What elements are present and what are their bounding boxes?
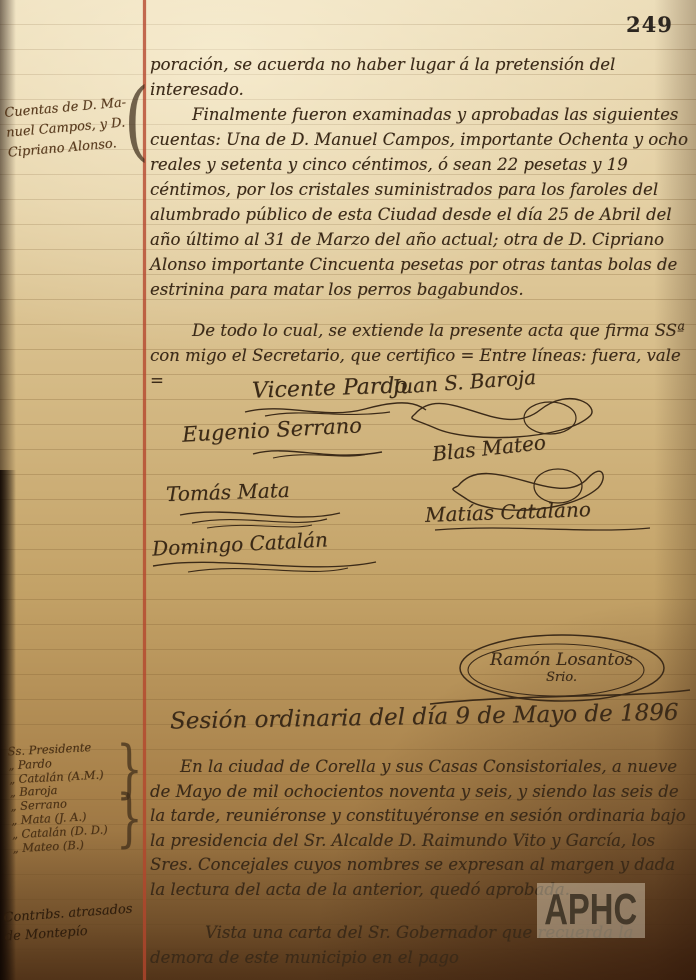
signature-flourish bbox=[248, 444, 388, 464]
signature-matias-catalano: Matías Catalano bbox=[425, 497, 592, 527]
archive-watermark: APHC bbox=[537, 883, 645, 938]
signature-tomas-mata: Tomás Mata bbox=[166, 478, 290, 506]
manuscript-page: 249 Cuentas de D. Ma- nuel Campos, y D. … bbox=[0, 0, 696, 980]
margin-note-arrears: Contribs. atrasados de Montepío bbox=[3, 897, 165, 946]
paragraph-session-opening: En la ciudad de Corella y sus Casas Cons… bbox=[150, 755, 690, 902]
session-heading: Sesión ordinaria del día 9 de Mayo de 18… bbox=[152, 699, 696, 735]
watermark-text: APHC bbox=[545, 886, 638, 935]
paragraph-continuation: poración, se acuerda no haber lugar á la… bbox=[150, 52, 690, 102]
red-margin-rule bbox=[143, 0, 146, 980]
signature-ramon-losantos: Ramón Losantos bbox=[490, 650, 633, 670]
margin-attendee-list: Ss. Presidente „ Pardo „ Catalán (A.M.) … bbox=[7, 739, 141, 856]
signature-role: Srio. bbox=[546, 670, 577, 685]
page-number: 249 bbox=[626, 12, 673, 37]
signature-flourish bbox=[430, 524, 655, 536]
signature-flourish bbox=[148, 552, 383, 580]
paragraph-accounts: Finalmente fueron examinadas y aprobadas… bbox=[150, 102, 690, 302]
margin-note-accounts: Cuentas de D. Ma- nuel Campos, y D. Cipr… bbox=[4, 92, 141, 163]
signature-eugenio-serrano: Eugenio Serrano bbox=[181, 413, 362, 446]
